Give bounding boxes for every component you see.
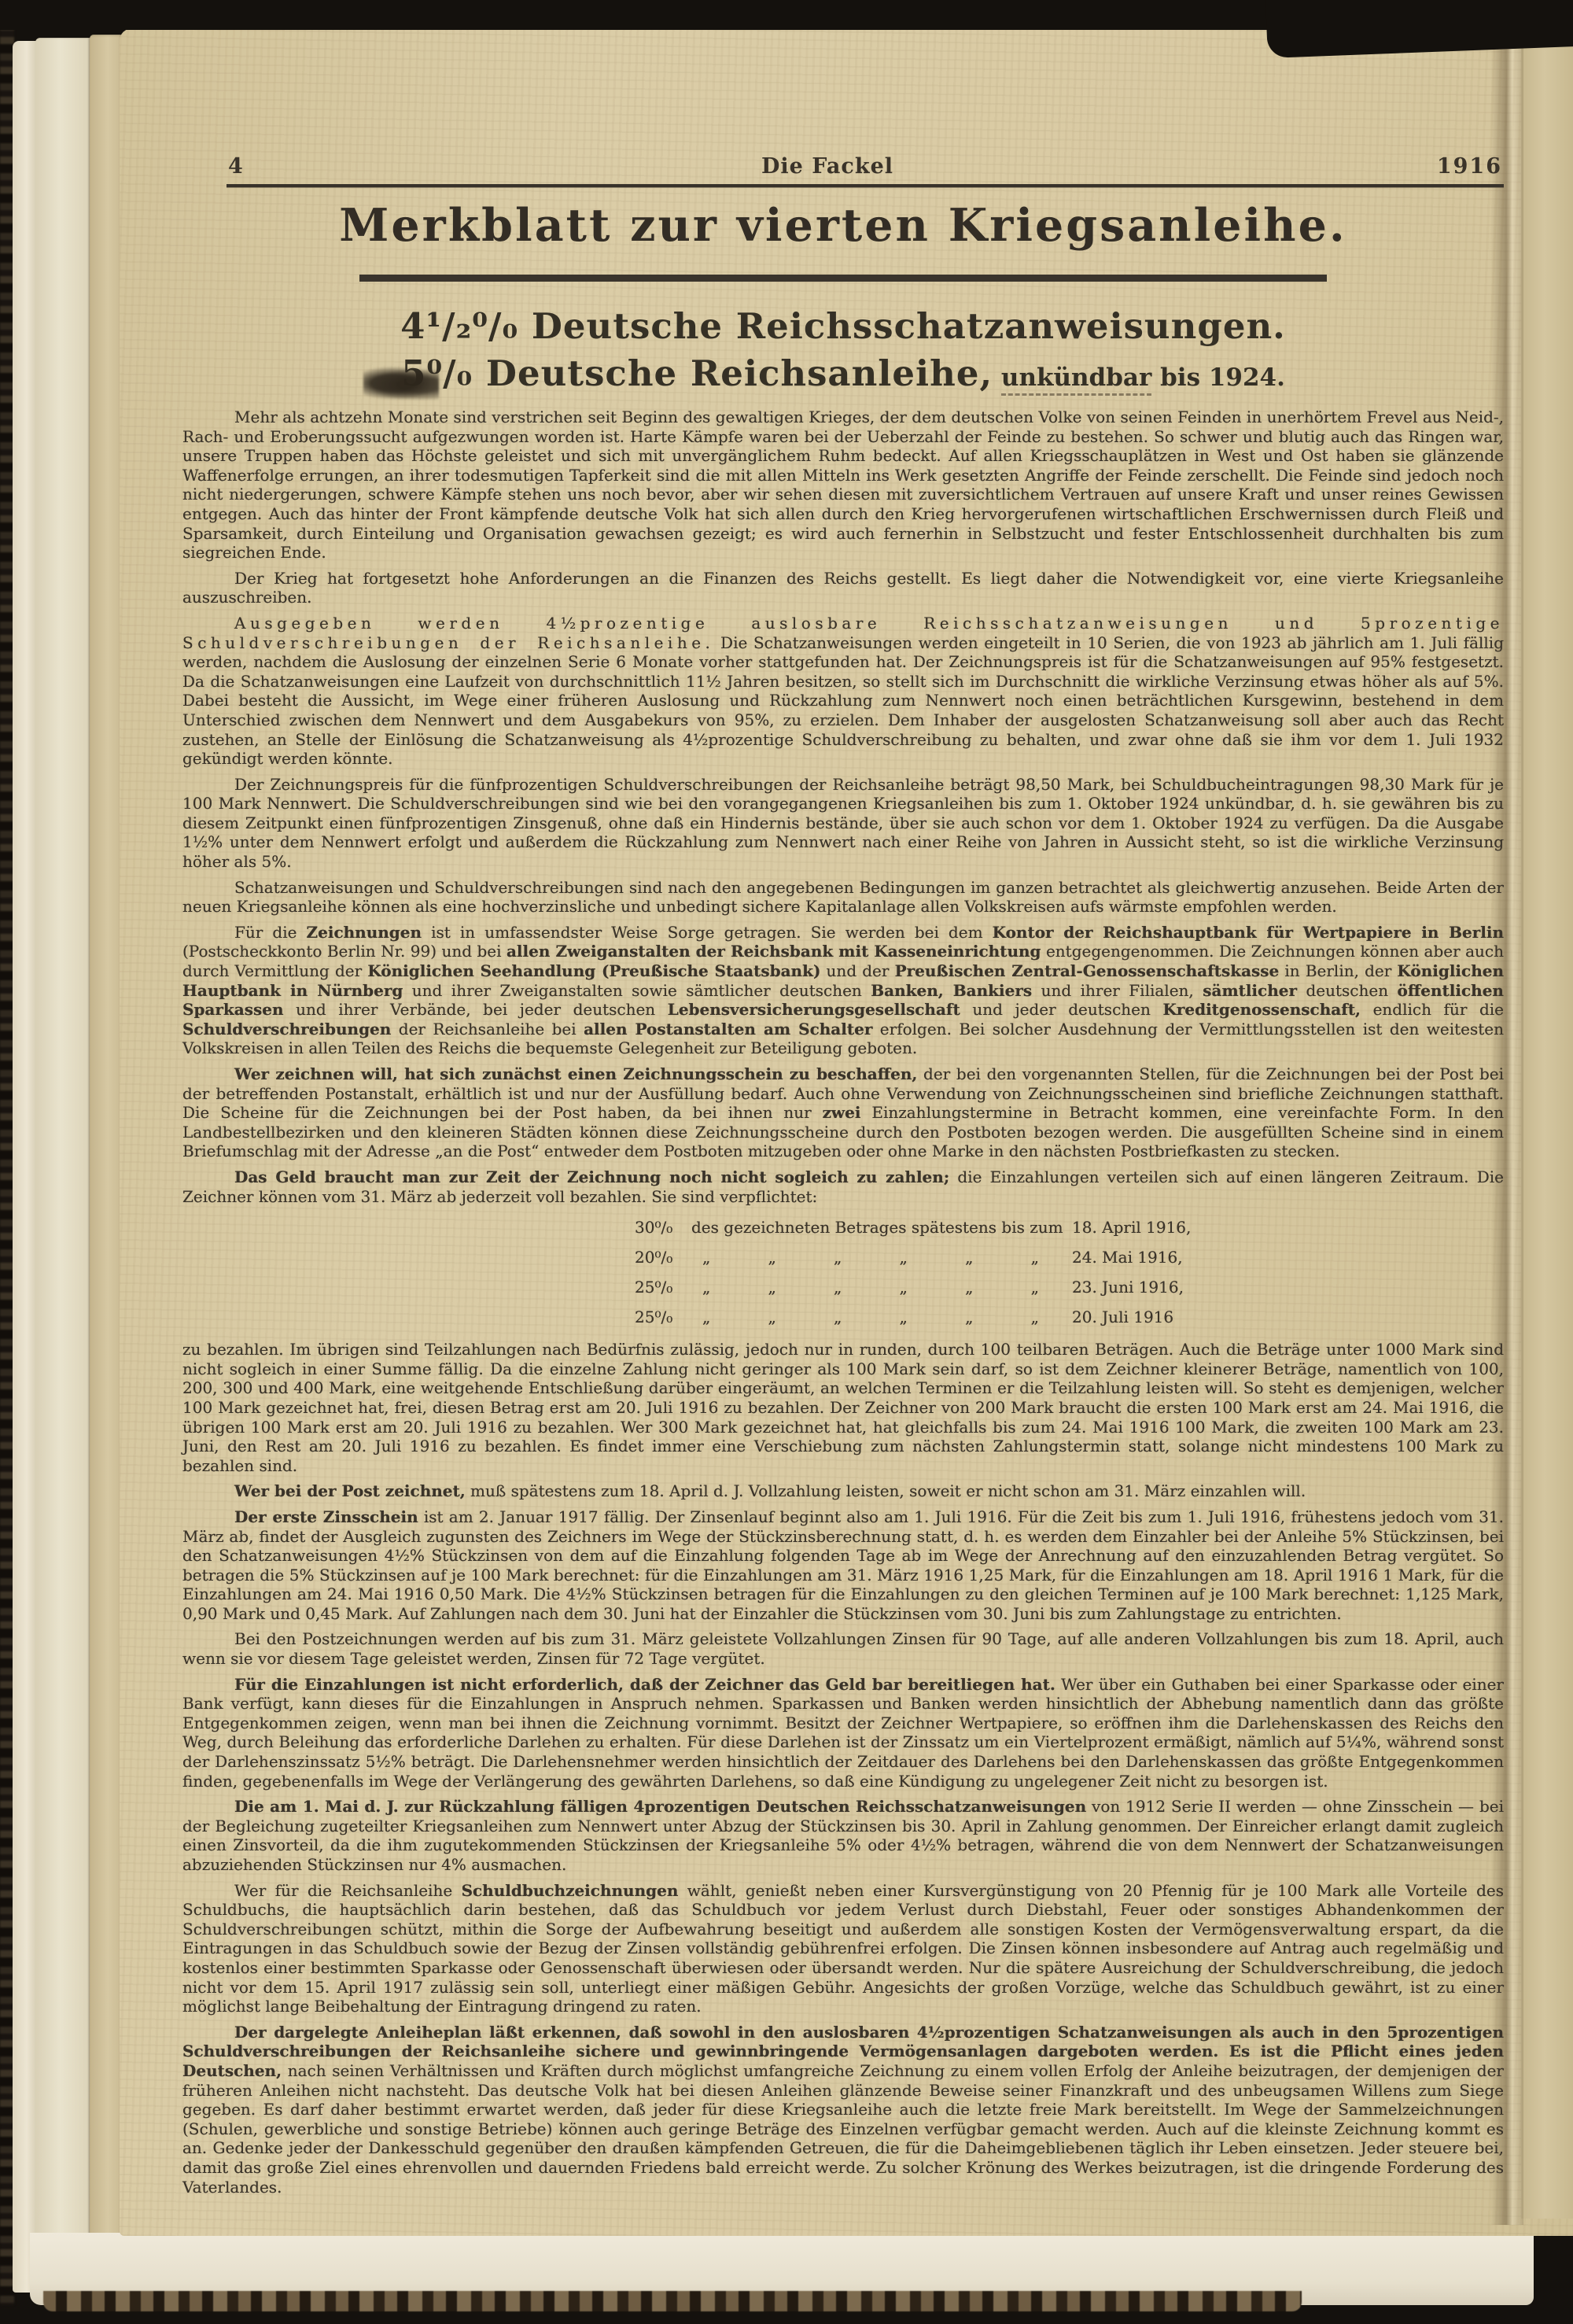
text-run: ist in umfassendster Weise Sorge getrage… bbox=[422, 923, 993, 942]
subtitle-reich-loan-main: 5⁰/₀ Deutsche Reichsanleihe, bbox=[401, 352, 993, 394]
paragraph: Die am 1. Mai d. J. zur Rückzahlung fäll… bbox=[182, 1797, 1504, 1874]
book-scan: 4 Die Fackel 1916 Merkblatt zur vierten … bbox=[0, 0, 1573, 2324]
ditto-mark: „ bbox=[900, 1302, 908, 1332]
payment-schedule: 30⁰/₀des gezeichneten Betrages spätesten… bbox=[635, 1212, 1264, 1332]
emphasis-text: Lebensversicherungsgesellschaft bbox=[668, 1000, 960, 1019]
emphasis-text: Für die Einzahlungen ist nicht erforderl… bbox=[234, 1675, 1055, 1694]
emphasis-text: allen Postanstalten am Schalter bbox=[584, 1020, 872, 1038]
payment-percentage: 25⁰/₀ bbox=[635, 1272, 691, 1302]
payment-description: des gezeichneten Betrages spätestens bis… bbox=[691, 1212, 1061, 1242]
paragraph: Der erste Zinsschein ist am 2. Januar 19… bbox=[182, 1507, 1504, 1624]
ditto-mark: „ bbox=[768, 1242, 776, 1272]
running-header: 4 Die Fackel 1916 bbox=[182, 154, 1504, 181]
text-run: (Postscheckkonto Berlin Nr. 99) und bei bbox=[182, 942, 507, 961]
paragraph: Mehr als achtzehn Monate sind verstriche… bbox=[182, 408, 1504, 563]
payment-row: 25⁰/₀„„„„„„23. Juni 1916, bbox=[635, 1272, 1264, 1302]
paragraph: Wer bei der Post zeichnet, muß spätesten… bbox=[182, 1481, 1504, 1501]
ditto-mark: „ bbox=[965, 1302, 973, 1332]
ditto-mark: „ bbox=[900, 1272, 908, 1302]
payment-percentage: 25⁰/₀ bbox=[635, 1302, 691, 1332]
payment-description: „„„„„„ bbox=[691, 1272, 1061, 1302]
paragraph: Wer zeichnen will, hat sich zunächst ein… bbox=[182, 1064, 1504, 1161]
paragraph: Das Geld braucht man zur Zeit der Zeichn… bbox=[182, 1168, 1504, 1206]
page-number: 4 bbox=[228, 154, 243, 179]
emphasis-text: Zeichnungen bbox=[307, 923, 422, 942]
ditto-mark: „ bbox=[834, 1302, 842, 1332]
paragraph: Wer für die Reichsanleihe Schuldbuchzeic… bbox=[182, 1881, 1504, 2016]
ditto-mark: „ bbox=[768, 1272, 776, 1302]
journal-title: Die Fackel bbox=[686, 154, 969, 179]
emphasis-text: zwei bbox=[823, 1103, 861, 1122]
ditto-mark: „ bbox=[702, 1272, 710, 1302]
emphasis-text: Banken, Bankiers bbox=[871, 981, 1032, 1000]
header-rule bbox=[227, 184, 1504, 187]
text-run: muß spätestens zum 18. April d. J. Vollz… bbox=[466, 1481, 1306, 1500]
paragraph: Schatzanweisungen und Schuldverschreibun… bbox=[182, 878, 1504, 917]
emphasis-text: Der erste Zinsschein bbox=[234, 1507, 418, 1526]
text-run: Mehr als achtzehn Monate sind verstriche… bbox=[182, 408, 1504, 562]
emphasis-text: sämtlicher bbox=[1203, 981, 1297, 1000]
text-run: Wer für die Reichsanleihe bbox=[234, 1881, 462, 1900]
underlined-word: unkündbar bbox=[1001, 363, 1151, 396]
paragraph: Für die Einzahlungen ist nicht erforderl… bbox=[182, 1675, 1504, 1791]
ditto-mark: „ bbox=[965, 1242, 973, 1272]
text-run: zu bezahlen. Im übrigen sind Teilzahlung… bbox=[182, 1340, 1504, 1475]
text-run: Der Krieg hat fortgesetzt hohe Anforderu… bbox=[182, 569, 1504, 607]
payment-row: 25⁰/₀„„„„„„20. Juli 1916 bbox=[635, 1302, 1264, 1332]
paragraph: Für die Zeichnungen ist in umfassendster… bbox=[182, 923, 1504, 1058]
text-run: endlich für die bbox=[1361, 1000, 1504, 1019]
ditto-mark: „ bbox=[1031, 1272, 1039, 1302]
text-run: der Reichsanleihe bei bbox=[391, 1020, 584, 1038]
text-run: und ihrer Filialen, bbox=[1032, 981, 1203, 1000]
text-run: und der bbox=[820, 961, 894, 980]
text-run: Bei den Postzeichnungen werden auf bis z… bbox=[182, 1629, 1504, 1668]
emphasis-text: Kontor der Reichshauptbank für Wertpapie… bbox=[993, 923, 1504, 942]
payment-percentage: 30⁰/₀ bbox=[635, 1212, 691, 1242]
text-run: wählt, genießt neben einer Kursvergünsti… bbox=[182, 1881, 1504, 2016]
page-edge-stack bbox=[35, 38, 90, 2294]
emphasis-text: Schuldverschreibungen bbox=[182, 1020, 391, 1038]
ditto-mark: „ bbox=[900, 1242, 908, 1272]
payment-percentage: 20⁰/₀ bbox=[635, 1242, 691, 1272]
paragraph: zu bezahlen. Im übrigen sind Teilzahlung… bbox=[182, 1340, 1504, 1475]
subtitle-treasury-notes: 4¹/₂⁰/₀ Deutsche Reichsschatzanweisungen… bbox=[182, 305, 1504, 347]
payment-row: 30⁰/₀des gezeichneten Betrages spätesten… bbox=[635, 1212, 1264, 1242]
subtitle-reich-loan-suffix: unkündbar bis 1924. bbox=[993, 363, 1285, 396]
paragraph: Bei den Postzeichnungen werden auf bis z… bbox=[182, 1629, 1504, 1668]
paragraph: Der Zeichnungspreis für die fünfprozenti… bbox=[182, 775, 1504, 872]
title-underline bbox=[359, 275, 1327, 282]
payment-date: 18. April 1916, bbox=[1072, 1212, 1191, 1242]
paragraph: Der dargelegte Anleiheplan läßt erkennen… bbox=[182, 2023, 1504, 2197]
suffix-rest: bis 1924. bbox=[1151, 363, 1285, 392]
text-run: nach seinen Verhältnissen und Kräften du… bbox=[182, 2061, 1504, 2197]
emphasis-text: allen Zweiganstalten der Reichsbank mit … bbox=[507, 942, 1041, 961]
ditto-mark: „ bbox=[768, 1302, 776, 1332]
text-run: Für die bbox=[234, 923, 307, 942]
text-run: und ihrer Zweiganstalten sowie sämtliche… bbox=[403, 981, 871, 1000]
emphasis-text: Wer zeichnen will, hat sich zunächst ein… bbox=[234, 1064, 917, 1083]
ditto-mark: „ bbox=[702, 1302, 710, 1332]
ink-smudge bbox=[363, 367, 439, 400]
emphasis-text: Die am 1. Mai d. J. zur Rückzahlung fäll… bbox=[234, 1797, 1086, 1816]
paragraph: Der Krieg hat fortgesetzt hohe Anforderu… bbox=[182, 569, 1504, 607]
page-edge-stack bbox=[90, 35, 123, 2296]
emphasis-text: Kreditgenossenschaft, bbox=[1162, 1000, 1361, 1019]
article-title: Merkblatt zur vierten Kriegsanleihe. bbox=[182, 199, 1504, 252]
payment-date: 24. Mai 1916, bbox=[1072, 1242, 1183, 1272]
text-run: und ihrer Verbände, bei jeder deutschen bbox=[284, 1000, 668, 1019]
paragraph: Ausgegeben werden 4½prozentige auslosbar… bbox=[182, 614, 1504, 769]
text-run: und jeder deutschen bbox=[960, 1000, 1163, 1019]
emphasis-text: Das Geld braucht man zur Zeit der Zeichn… bbox=[234, 1168, 949, 1186]
emphasis-text: Wer bei der Post zeichnet, bbox=[234, 1481, 466, 1500]
ditto-mark: „ bbox=[1031, 1302, 1039, 1332]
text-run: Schatzanweisungen und Schuldverschreibun… bbox=[182, 878, 1504, 917]
ditto-mark: „ bbox=[702, 1242, 710, 1272]
ditto-mark: „ bbox=[965, 1272, 973, 1302]
emphasis-text: Preußischen Zentral-Genossenschaftskasse bbox=[895, 961, 1280, 980]
text-run: in Berlin, der bbox=[1279, 961, 1397, 980]
emphasis-text: Schuldbuchzeichnungen bbox=[462, 1881, 679, 1900]
payment-row: 20⁰/₀„„„„„„24. Mai 1916, bbox=[635, 1242, 1264, 1272]
rough-page-bottom-edge bbox=[43, 2291, 1302, 2311]
facing-page-edge bbox=[1521, 38, 1573, 2219]
ditto-mark: „ bbox=[1031, 1242, 1039, 1272]
payment-date: 20. Juli 1916 bbox=[1072, 1302, 1173, 1332]
payment-description: „„„„„„ bbox=[691, 1242, 1061, 1272]
text-run: Der Zeichnungspreis für die fünfprozenti… bbox=[182, 775, 1504, 871]
ditto-mark: „ bbox=[834, 1272, 842, 1302]
payment-date: 23. Juni 1916, bbox=[1072, 1272, 1184, 1302]
page-edge-stack bbox=[13, 41, 36, 2293]
year-label: 1916 bbox=[1437, 154, 1502, 179]
body-text: Mehr als achtzehn Monate sind verstriche… bbox=[182, 408, 1504, 2203]
emphasis-text: Königlichen Seehandlung (Preußische Staa… bbox=[367, 961, 820, 980]
payment-description: „„„„„„ bbox=[691, 1302, 1061, 1332]
text-run: deutschen bbox=[1297, 981, 1398, 1000]
text-run: Die Schatzanweisungen werden eingeteilt … bbox=[182, 633, 1504, 769]
ditto-mark: „ bbox=[834, 1242, 842, 1272]
